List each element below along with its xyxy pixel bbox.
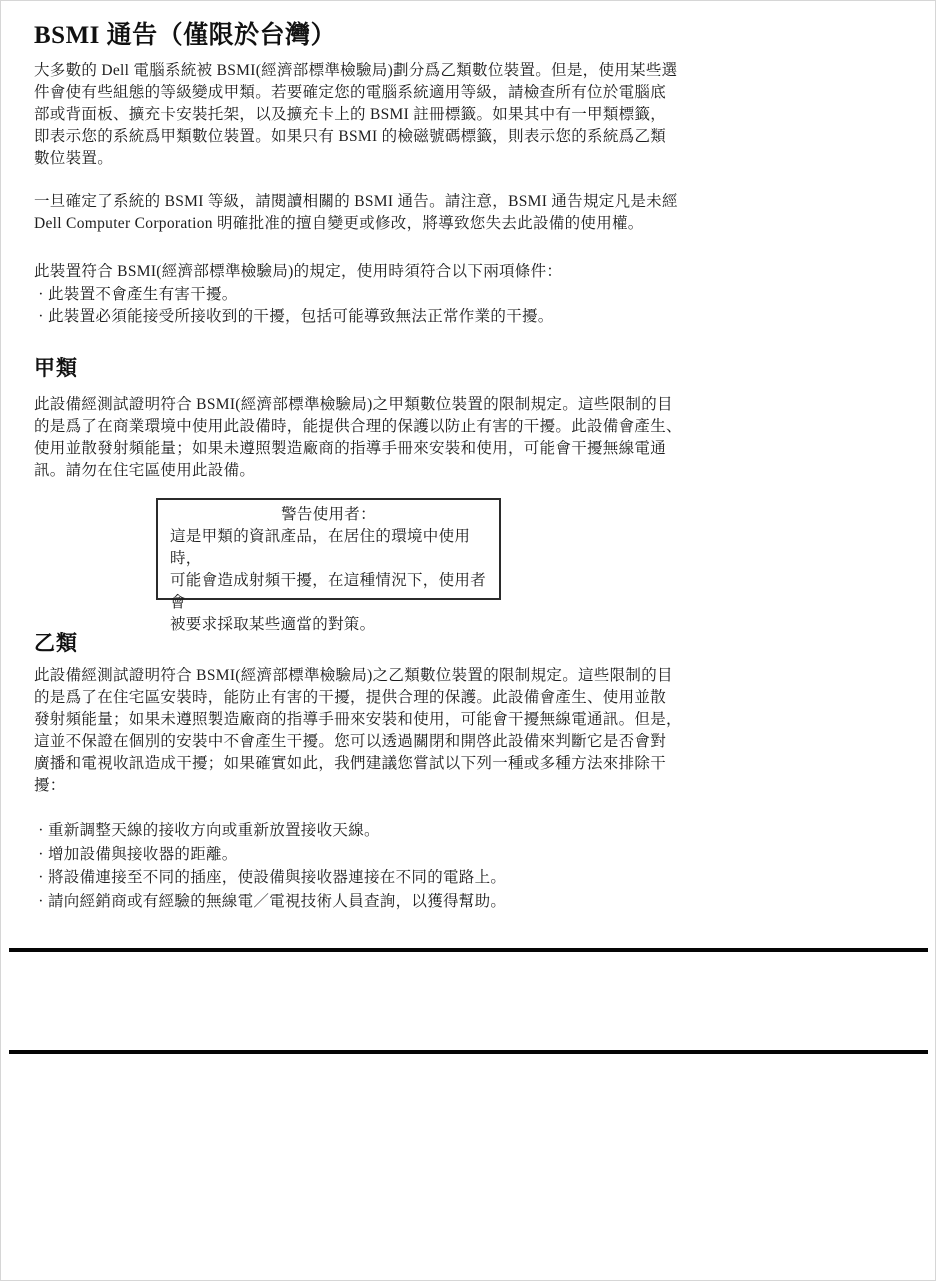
remedy-item-text: 請向經銷商或有經驗的無線電／電視技術人員查詢，以獲得幫助。 — [48, 890, 506, 914]
conditions-intro: 此裝置符合 BSMI(經濟部標準檢驗局)的規定，使用時須符合以下兩項條件： — [34, 261, 714, 284]
list-item: · 請向經銷商或有經驗的無線電／電視技術人員查詢，以獲得幫助。 — [34, 890, 714, 914]
document-page: BSMI 通告（僅限於台灣） 大多數的 Dell 電腦系統被 BSMI(經濟部標… — [0, 0, 936, 1281]
list-item: · 此裝置必須能接受所接收到的干擾，包括可能導致無法正常作業的干擾。 — [34, 306, 714, 329]
warning-box-title: 警告使用者： — [170, 504, 487, 526]
bullet-dot-icon: · — [34, 306, 48, 329]
bsmi-level-paragraph: 一旦確定了系統的 BSMI 等級，請閱讀相關的 BSMI 通告。請注意，BSMI… — [34, 191, 714, 235]
remedy-item-text: 增加設備與接收器的距離。 — [48, 843, 238, 867]
list-item: · 增加設備與接收器的距離。 — [34, 843, 714, 867]
warning-box-body: 這是甲類的資訊產品，在居住的環境中使用時， 可能會造成射頻干擾，在這種情況下，使… — [170, 526, 487, 636]
class-a-heading: 甲類 — [34, 352, 78, 382]
bullet-dot-icon: · — [34, 819, 48, 843]
class-b-paragraph: 此設備經測試證明符合 BSMI(經濟部標準檢驗局)之乙類數位裝置的限制規定。這些… — [34, 665, 714, 797]
list-item: · 重新調整天線的接收方向或重新放置接收天線。 — [34, 819, 714, 843]
remedies-list: · 重新調整天線的接收方向或重新放置接收天線。 · 增加設備與接收器的距離。 ·… — [34, 819, 714, 913]
condition-item-text: 此裝置必須能接受所接收到的干擾，包括可能導致無法正常作業的干擾。 — [48, 306, 554, 329]
horizontal-rule-bottom — [9, 1050, 928, 1054]
bullet-dot-icon: · — [34, 866, 48, 890]
class-b-heading: 乙類 — [34, 627, 78, 657]
bullet-dot-icon: · — [34, 890, 48, 914]
class-a-warning-box: 警告使用者： 這是甲類的資訊產品，在居住的環境中使用時， 可能會造成射頻干擾，在… — [156, 498, 501, 600]
intro-paragraph: 大多數的 Dell 電腦系統被 BSMI(經濟部標準檢驗局)劃分爲乙類數位裝置。… — [34, 60, 714, 170]
horizontal-rule-top — [9, 948, 928, 952]
remedy-item-text: 重新調整天線的接收方向或重新放置接收天線。 — [48, 819, 380, 843]
bullet-dot-icon: · — [34, 843, 48, 867]
bullet-dot-icon: · — [34, 284, 48, 307]
list-item: · 此裝置不會產生有害干擾。 — [34, 284, 714, 307]
remedy-item-text: 將設備連接至不同的插座，使設備與接收器連接在不同的電路上。 — [48, 866, 506, 890]
condition-item-text: 此裝置不會產生有害干擾。 — [48, 284, 238, 307]
page-title: BSMI 通告（僅限於台灣） — [34, 15, 336, 51]
class-a-paragraph: 此設備經測試證明符合 BSMI(經濟部標準檢驗局)之甲類數位裝置的限制規定。這些… — [34, 394, 714, 482]
list-item: · 將設備連接至不同的插座，使設備與接收器連接在不同的電路上。 — [34, 866, 714, 890]
conditions-block: 此裝置符合 BSMI(經濟部標準檢驗局)的規定，使用時須符合以下兩項條件： · … — [34, 261, 714, 329]
